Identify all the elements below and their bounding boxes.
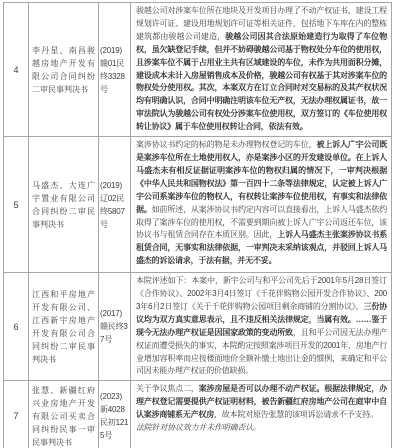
summary-segment: 被上诉人广宇公司既是案涉车位所在土地使用权人，亦是案涉小区的开发建设单位。在上诉…: [136, 140, 387, 214]
case-number-cell: (2019)辽02民终5807号: [99, 137, 131, 273]
case-title-cell: 马盛杰、大连广宇置业有限公司合同纠纷二审民事判决书: [29, 137, 99, 273]
document-page: 4李丹星、南昌骏越房地产开发有限公司合同纠纷二审民事判决书(2019)赣01民终…: [0, 0, 395, 448]
table-row: 5马盛杰、大连广宇置业有限公司合同纠纷二审民事判决书(2019)辽02民终580…: [4, 137, 392, 273]
row-index-cell: 5: [4, 137, 29, 273]
summary-segment: 案涉协议书约定的标的物是未办理物权登记的车位，: [136, 140, 316, 149]
row-index-cell: 6: [4, 273, 29, 381]
summary-segment: 本院评述如下：本案中，新宇公司与和平公司先后于2001年5月28日签订《合作协议…: [136, 276, 387, 311]
case-summary-cell: 关于争议焦点二，案涉房屋是否可以办理不动产权证。根据法律规定，办理产权登记需要提…: [131, 381, 392, 448]
row-index-cell: 7: [4, 381, 29, 448]
case-title-cell: 张慧、新疆红府兴业房地产开发有限公司买卖合同纠纷民事一审民事判决书: [29, 381, 99, 448]
case-table-body: 4李丹星、南昌骏越房地产开发有限公司合同纠纷二审民事判决书(2019)赣01民终…: [4, 3, 392, 448]
case-summary-cell: 案涉协议书约定的标的物是未办理物权登记的车位，被上诉人广宇公司既是案涉车位所在土…: [131, 137, 392, 273]
case-title-cell: 江西和平房地产开发有限公司、江西新宇房地产开发有限公司合同纠纷二审民事判决书: [29, 273, 99, 381]
table-row: 6江西和平房地产开发有限公司、江西新宇房地产开发有限公司合同纠纷二审民事判决书(…: [4, 273, 392, 381]
summary-segment: 骏越公司因其合法原始建造行为取得了车位物权，虽欠缺登记手续，但并不妨碍骏越公司基…: [136, 32, 387, 131]
case-number-cell: (2019)赣01民终3328号: [99, 3, 131, 137]
case-summary-cell: 本院评述如下：本案中，新宇公司与和平公司先后于2001年5月28日签订《合作协议…: [131, 273, 392, 381]
summary-segment: ，故本院对原告张慧的该项诉讼请求不予支持。: [214, 410, 378, 419]
summary-segment: 法院针对协议效力并未作明确否认。: [136, 422, 387, 435]
case-summary-cell: 骏越公司对涉案车位所在地块及开发项目办理了不动产权证书、建设工程规划许可证、建设…: [131, 3, 392, 137]
row-index-cell: 4: [4, 3, 29, 137]
table-row: 7张慧、新疆红府兴业房地产开发有限公司买卖合同纠纷民事一审民事判决书(2023)…: [4, 381, 392, 448]
table-row: 4李丹星、南昌骏越房地产开发有限公司合同纠纷二审民事判决书(2019)赣01民终…: [4, 3, 392, 137]
case-number-cell: (2023)新4028民初1215号: [99, 381, 131, 448]
case-title-cell: 李丹星、南昌骏越房地产开发有限公司合同纠纷二审民事判决书: [29, 3, 99, 137]
case-number-cell: (2017)赣民终37号: [99, 273, 131, 381]
judgment-table: 4李丹星、南昌骏越房地产开发有限公司合同纠纷二审民事判决书(2019)赣01民终…: [3, 2, 392, 448]
summary-segment: 关于争议焦点二，: [136, 384, 199, 393]
